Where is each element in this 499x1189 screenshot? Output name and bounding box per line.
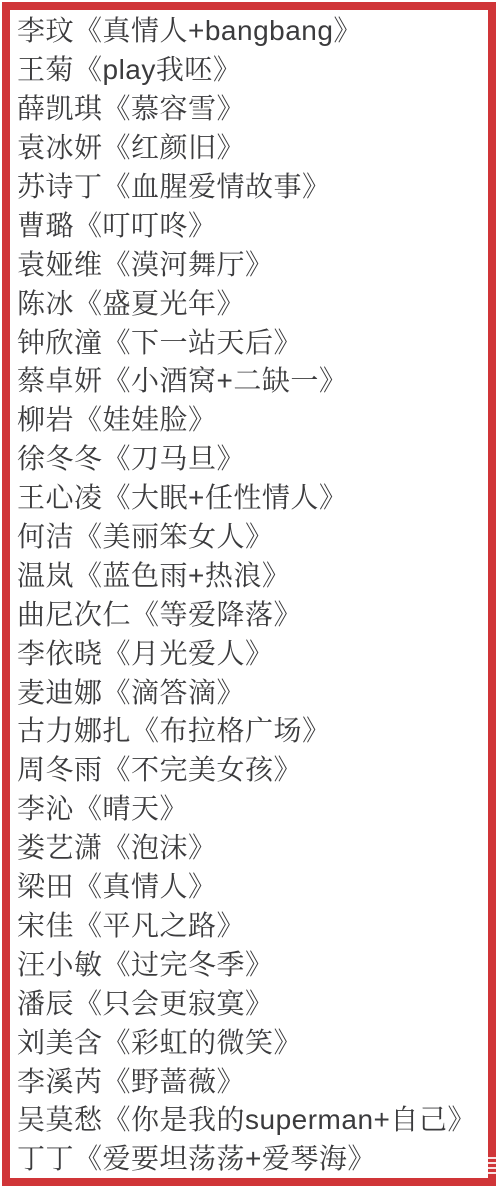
- list-item: 李依晓《月光爱人》: [17, 632, 489, 671]
- watermark-fragment: [487, 1157, 496, 1179]
- list-item: 潘辰《只会更寂寞》: [17, 982, 489, 1021]
- list-item: 宋佳《平凡之路》: [17, 904, 489, 943]
- list-item: 温岚《蓝色雨+热浪》: [17, 554, 489, 593]
- list-item: 周冬雨《不完美女孩》: [17, 749, 489, 788]
- list-item: 徐冬冬《刀马旦》: [17, 438, 489, 477]
- list-item: 刘美含《彩虹的微笑》: [17, 1021, 489, 1060]
- list-item: 袁冰妍《红颜旧》: [17, 127, 489, 166]
- song-list: 李玟《真情人+bangbang》 王菊《play我呸》 薛凯琪《慕容雪》 袁冰妍…: [0, 10, 489, 1177]
- list-item: 陈冰《盛夏光年》: [17, 282, 489, 321]
- list-item: 麦迪娜《滴答滴》: [17, 671, 489, 710]
- list-item: 王菊《play我呸》: [17, 49, 489, 88]
- list-item: 丁丁《爱要坦荡荡+爱琴海》: [17, 1138, 489, 1177]
- list-item: 薛凯琪《慕容雪》: [17, 88, 489, 127]
- list-item: 袁娅维《漠河舞厅》: [17, 243, 489, 282]
- list-item: 曲尼次仁《等爱降落》: [17, 593, 489, 632]
- list-item: 娄艺潇《泡沫》: [17, 827, 489, 866]
- list-item: 古力娜扎《布拉格广场》: [17, 710, 489, 749]
- list-item: 何洁《美丽笨女人》: [17, 516, 489, 555]
- list-item: 钟欣潼《下一站天后》: [17, 321, 489, 360]
- list-item: 汪小敏《过完冬季》: [17, 943, 489, 982]
- list-item: 柳岩《娃娃脸》: [17, 399, 489, 438]
- list-item: 吴莫愁《你是我的superman+自己》: [17, 1099, 489, 1138]
- list-item: 蔡卓妍《小酒窝+二缺一》: [17, 360, 489, 399]
- list-item: 曹璐《叮叮咚》: [17, 204, 489, 243]
- list-item: 李沁《晴天》: [17, 788, 489, 827]
- list-item: 苏诗丁《血腥爱情故事》: [17, 166, 489, 205]
- list-item: 李玟《真情人+bangbang》: [17, 10, 489, 49]
- list-item: 李溪芮《野蔷薇》: [17, 1060, 489, 1099]
- list-item: 王心凌《大眠+任性情人》: [17, 477, 489, 516]
- list-item: 梁田《真情人》: [17, 866, 489, 905]
